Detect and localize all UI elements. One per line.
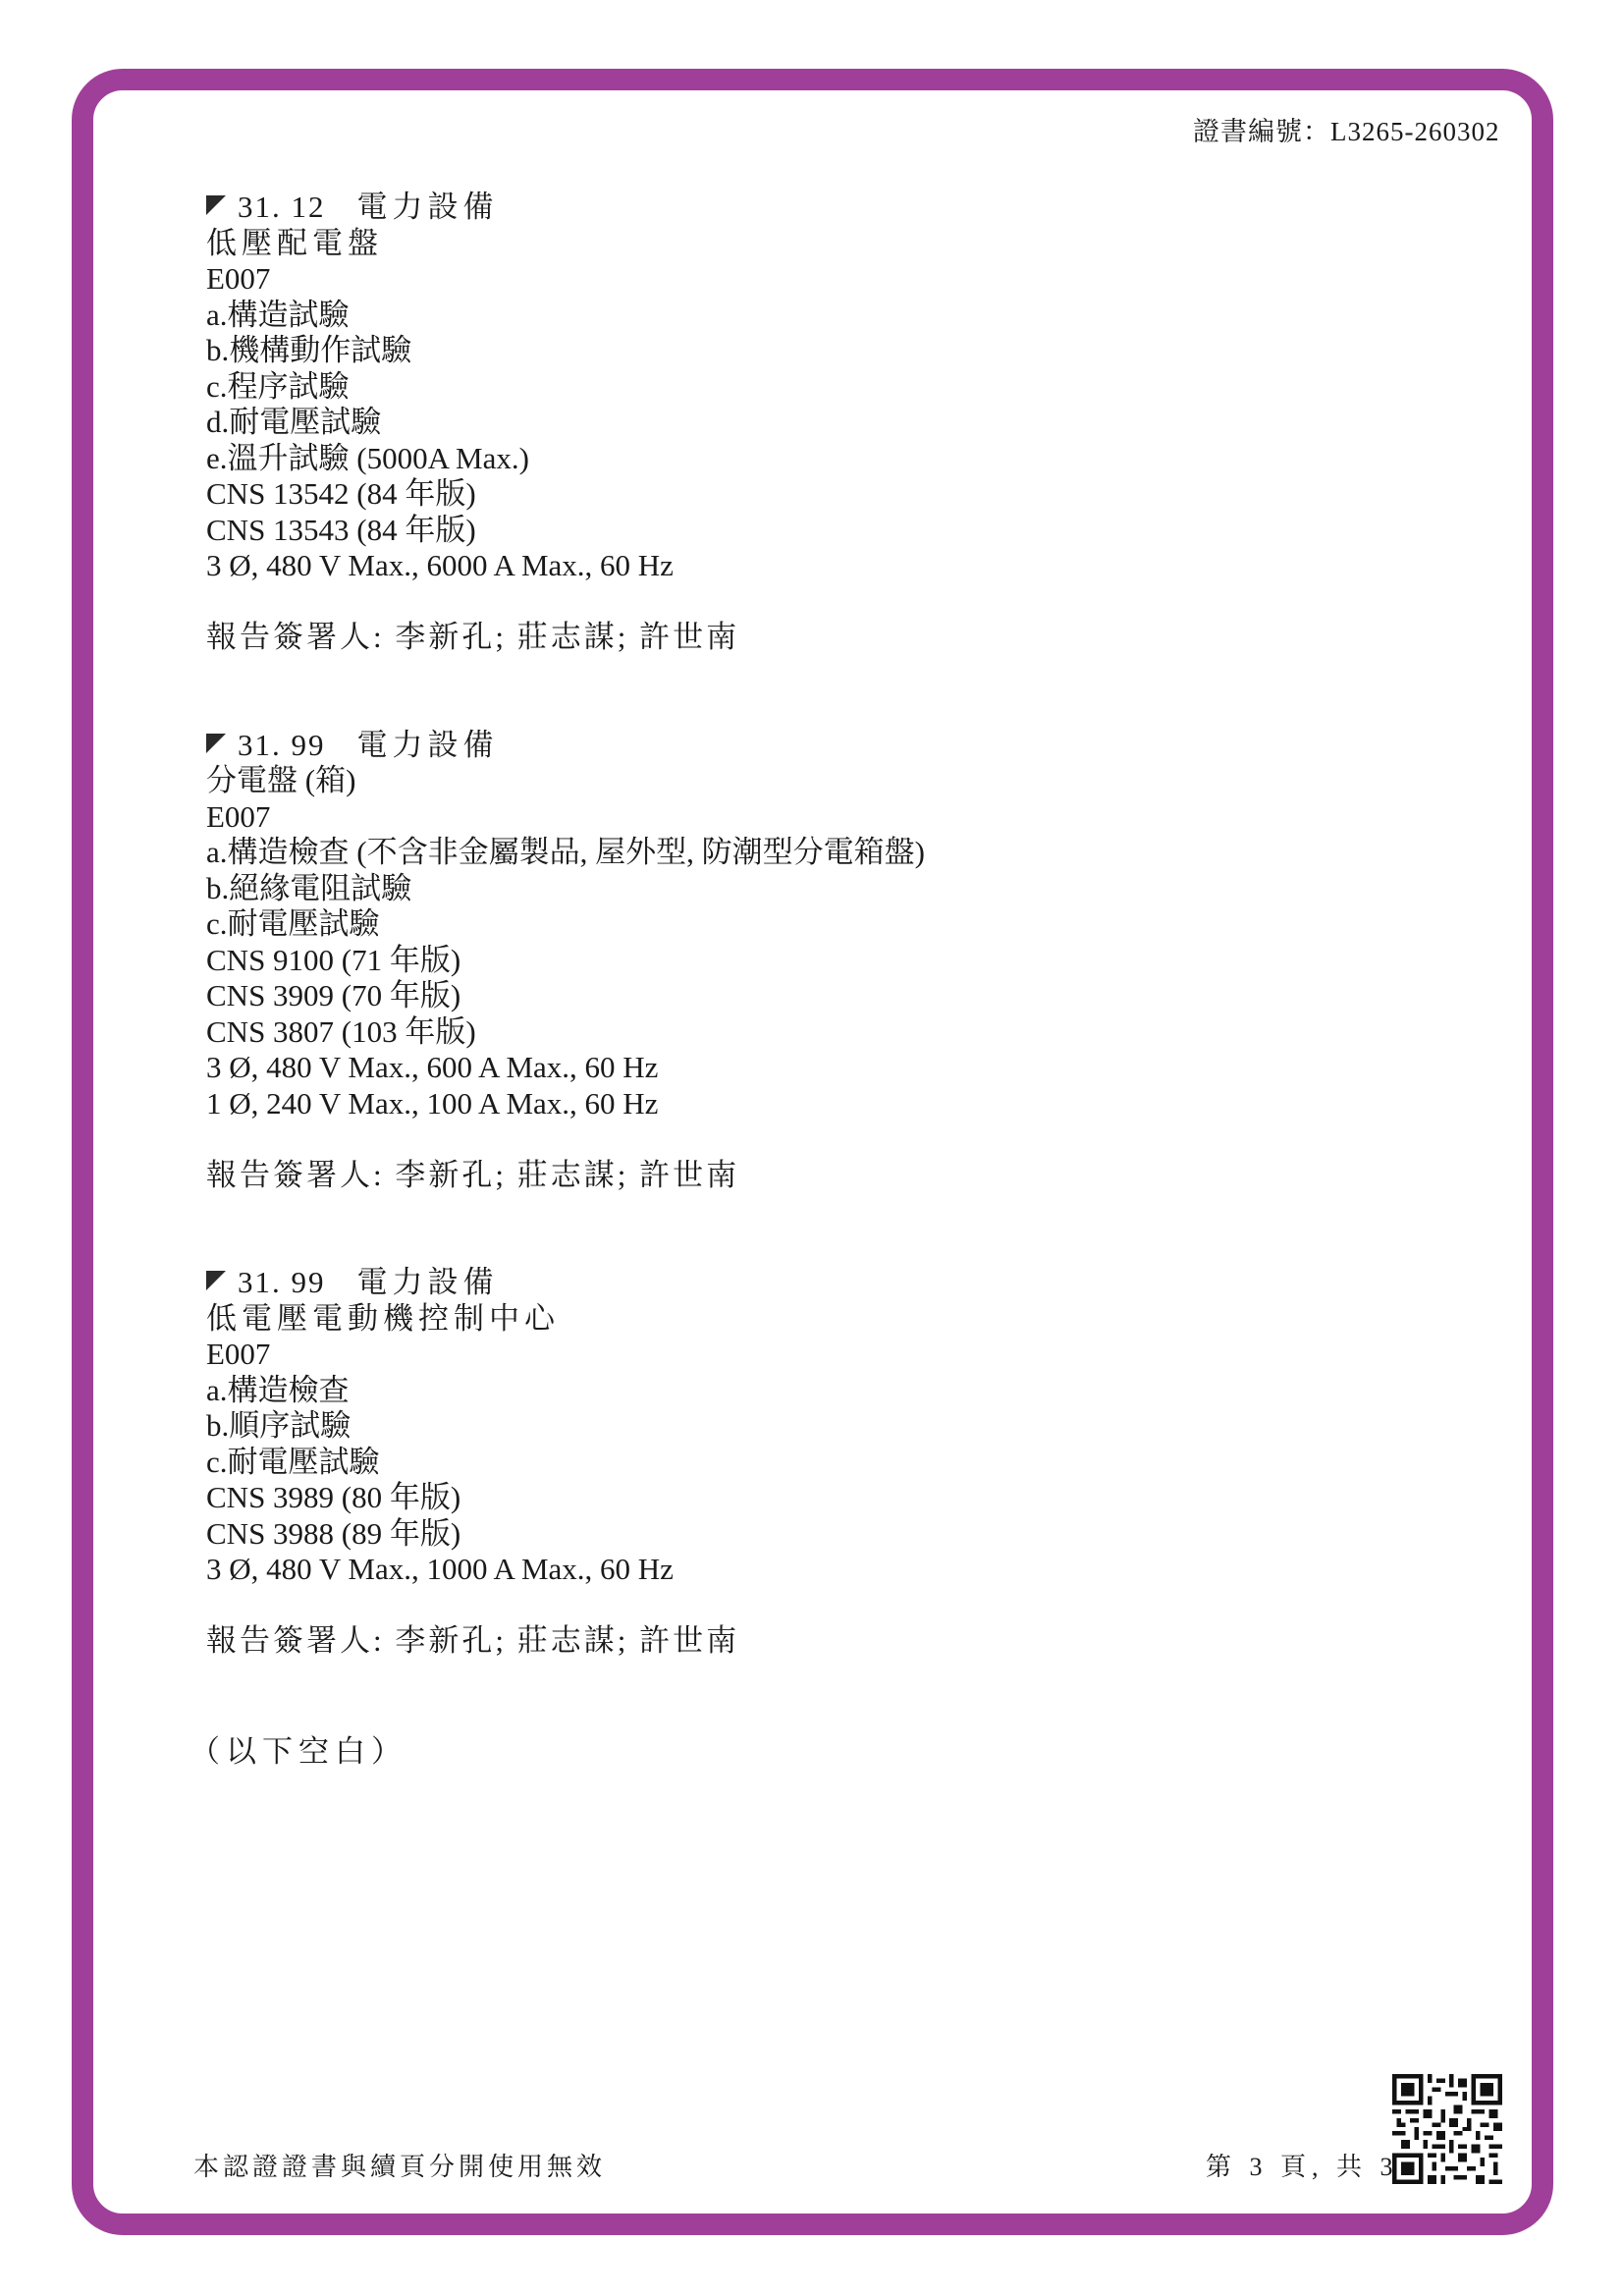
test-item: a.構造試驗 — [206, 298, 1384, 334]
lab-code: E007 — [206, 799, 1384, 836]
section-code: 31. 99 — [238, 728, 326, 764]
section-category: 電力設備 — [357, 728, 499, 764]
section-heading: 31. 12 電力設備 — [206, 190, 1384, 226]
triangle-marker-icon — [206, 195, 226, 215]
rating: 1 Ø, 240 V Max., 100 A Max., 60 Hz — [206, 1086, 1384, 1122]
product-name: 低壓配電盤 — [206, 226, 1384, 262]
standard: CNS 3807 (103 年版) — [206, 1014, 1384, 1051]
standard: CNS 9100 (71 年版) — [206, 943, 1384, 979]
triangle-marker-icon — [206, 1271, 226, 1290]
section-code: 31. 99 — [238, 1265, 326, 1301]
product-name: 低電壓電動機控制中心 — [206, 1301, 1384, 1338]
product-name: 分電盤 (箱) — [206, 763, 1384, 799]
test-item: a.構造檢查 (不含非金屬製品, 屋外型, 防潮型分電箱盤) — [206, 835, 1384, 871]
certificate-number: 證書編號：L3265-260302 — [1193, 110, 1499, 148]
test-item: d.耐電壓試驗 — [206, 405, 1384, 441]
rating: 3 Ø, 480 V Max., 1000 A Max., 60 Hz — [206, 1552, 1384, 1588]
section-heading: 31. 99 電力設備 — [206, 1265, 1384, 1301]
standard: CNS 3989 (80 年版) — [206, 1480, 1384, 1516]
end-of-content-note: （以下空白） — [189, 1726, 407, 1771]
rating: 3 Ø, 480 V Max., 600 A Max., 60 Hz — [206, 1050, 1384, 1086]
accreditation-section: 31. 99 電力設備 分電盤 (箱) E007 a.構造檢查 (不含非金屬製品… — [206, 728, 1384, 1194]
lab-code: E007 — [206, 1337, 1384, 1373]
accreditation-section: 31. 12 電力設備 低壓配電盤 E007 a.構造試驗 b.機構動作試驗 c… — [206, 190, 1384, 656]
standard: CNS 13543 (84 年版) — [206, 513, 1384, 549]
accreditation-content: 31. 12 電力設備 低壓配電盤 E007 a.構造試驗 b.機構動作試驗 c… — [206, 190, 1384, 1660]
report-signers: 報告簽署人: 李新孔; 莊志謀; 許世南 — [206, 1623, 1384, 1660]
standard: CNS 3988 (89 年版) — [206, 1516, 1384, 1553]
test-item: e.溫升試驗 (5000A Max.) — [206, 441, 1384, 477]
rating: 3 Ø, 480 V Max., 6000 A Max., 60 Hz — [206, 548, 1384, 584]
test-item: c.程序試驗 — [206, 369, 1384, 406]
section-code: 31. 12 — [238, 190, 326, 226]
validity-note: 本認證證書與續頁分開使用無效 — [193, 2147, 606, 2183]
qr-code-icon — [1392, 2074, 1502, 2184]
standard: CNS 3909 (70 年版) — [206, 978, 1384, 1014]
test-item: c.耐電壓試驗 — [206, 1445, 1384, 1481]
test-item: b.順序試驗 — [206, 1408, 1384, 1445]
test-item: b.絕緣電阻試驗 — [206, 871, 1384, 907]
test-item: a.構造檢查 — [206, 1373, 1384, 1409]
triangle-marker-icon — [206, 734, 226, 753]
section-heading: 31. 99 電力設備 — [206, 728, 1384, 764]
report-signers: 報告簽署人: 李新孔; 莊志謀; 許世南 — [206, 1158, 1384, 1194]
section-category: 電力設備 — [357, 1265, 499, 1301]
test-item: c.耐電壓試驗 — [206, 906, 1384, 943]
section-category: 電力設備 — [357, 190, 499, 226]
test-item: b.機構動作試驗 — [206, 333, 1384, 369]
lab-code: E007 — [206, 261, 1384, 298]
standard: CNS 13542 (84 年版) — [206, 476, 1384, 513]
report-signers: 報告簽署人: 李新孔; 莊志謀; 許世南 — [206, 620, 1384, 656]
accreditation-section: 31. 99 電力設備 低電壓電動機控制中心 E007 a.構造檢查 b.順序試… — [206, 1265, 1384, 1660]
